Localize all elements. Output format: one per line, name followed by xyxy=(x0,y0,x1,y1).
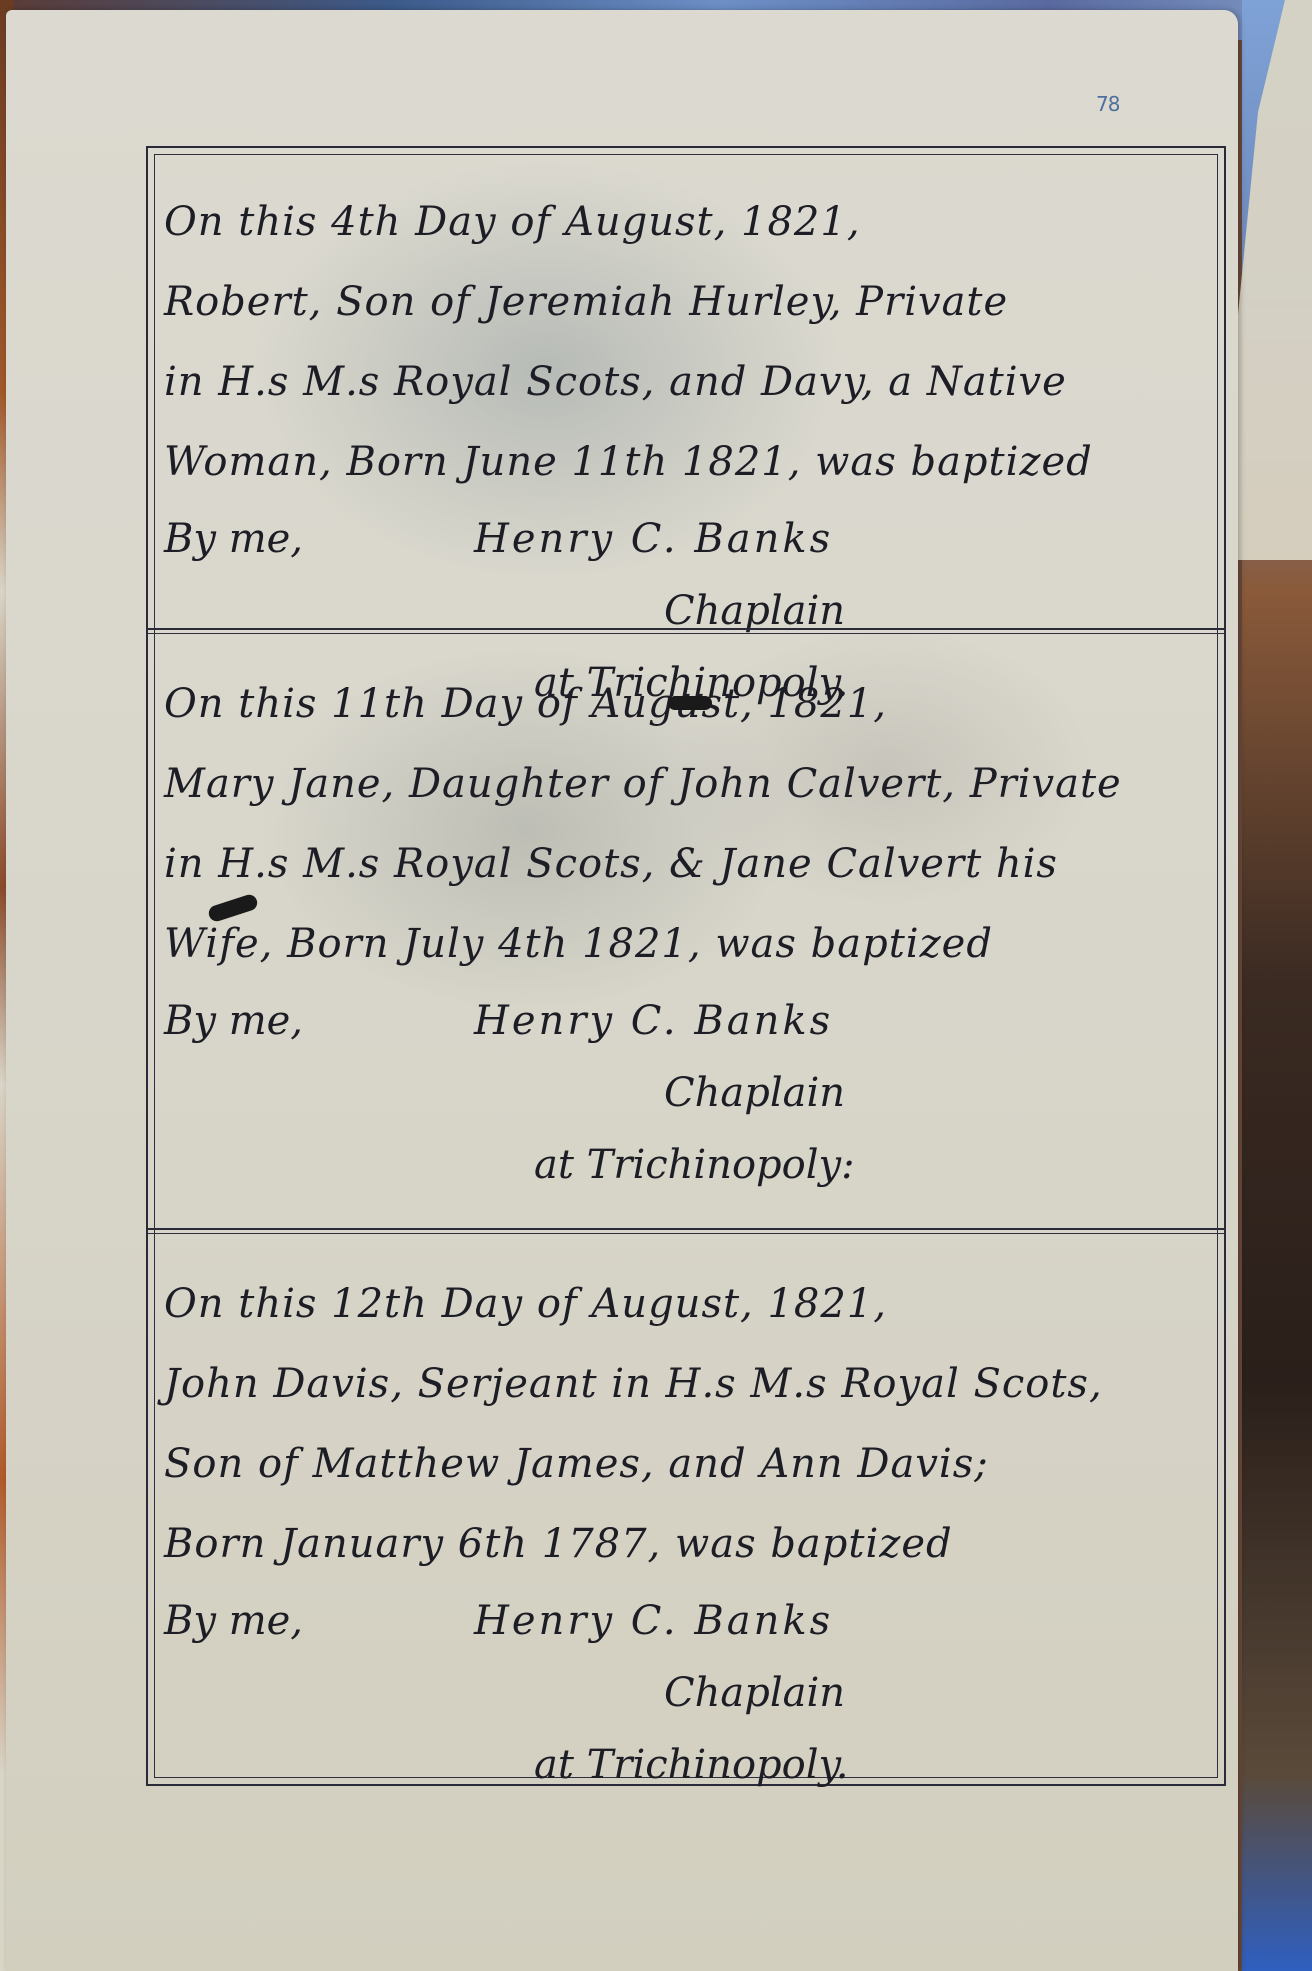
place-line: at Trichinopoly: xyxy=(164,1116,1184,1188)
entry-line: On this 4th Day of August, 1821, xyxy=(164,162,1184,242)
chaplain-title: Chaplain xyxy=(164,562,1184,634)
baptism-entry: On this 4th Day of August, 1821, Robert,… xyxy=(148,162,1224,706)
signature-row: By me, Henry C. Banks xyxy=(164,964,1184,1044)
entry-line: On this 11th Day of August, 1821, xyxy=(164,644,1184,724)
chaplain-signature: Henry C. Banks xyxy=(474,998,833,1044)
entry-line: in H.s M.s Royal Scots, & Jane Calvert h… xyxy=(164,804,1184,884)
entry-divider xyxy=(148,1228,1224,1234)
chaplain-title: Chaplain xyxy=(164,1044,1184,1116)
entry-line: Wife, Born July 4th 1821, was baptized xyxy=(164,884,1184,964)
entry-line: Woman, Born June 11th 1821, was baptized xyxy=(164,402,1184,482)
chaplain-title: Chaplain xyxy=(164,1644,1184,1716)
baptism-entry: On this 12th Day of August, 1821, John D… xyxy=(148,1244,1224,1788)
chaplain-signature: Henry C. Banks xyxy=(474,516,833,562)
entry-line: John Davis, Serjeant in H.s M.s Royal Sc… xyxy=(164,1324,1184,1404)
page-number: 78 xyxy=(1096,92,1119,116)
signature-row: By me, Henry C. Banks xyxy=(164,482,1184,562)
register-frame: On this 4th Day of August, 1821, Robert,… xyxy=(146,146,1226,1786)
ink-blot xyxy=(668,696,712,710)
by-me-label: By me, xyxy=(164,516,474,562)
register-page: 78 On this 4th Day of August, 1821, Robe… xyxy=(6,10,1238,1971)
entry-divider xyxy=(148,628,1224,634)
baptism-entry: On this 11th Day of August, 1821, Mary J… xyxy=(148,644,1224,1188)
entry-line: in H.s M.s Royal Scots, and Davy, a Nati… xyxy=(164,322,1184,402)
entry-line: Born January 6th 1787, was baptized xyxy=(164,1484,1184,1564)
by-me-label: By me, xyxy=(164,998,474,1044)
by-me-label: By me, xyxy=(164,1598,474,1644)
entry-line: Mary Jane, Daughter of John Calvert, Pri… xyxy=(164,724,1184,804)
signature-row: By me, Henry C. Banks xyxy=(164,1564,1184,1644)
entry-line: On this 12th Day of August, 1821, xyxy=(164,1244,1184,1324)
entry-line: Son of Matthew James, and Ann Davis; xyxy=(164,1404,1184,1484)
chaplain-signature: Henry C. Banks xyxy=(474,1598,833,1644)
place-line: at Trichinopoly. xyxy=(164,1716,1184,1788)
entry-line: Robert, Son of Jeremiah Hurley, Private xyxy=(164,242,1184,322)
